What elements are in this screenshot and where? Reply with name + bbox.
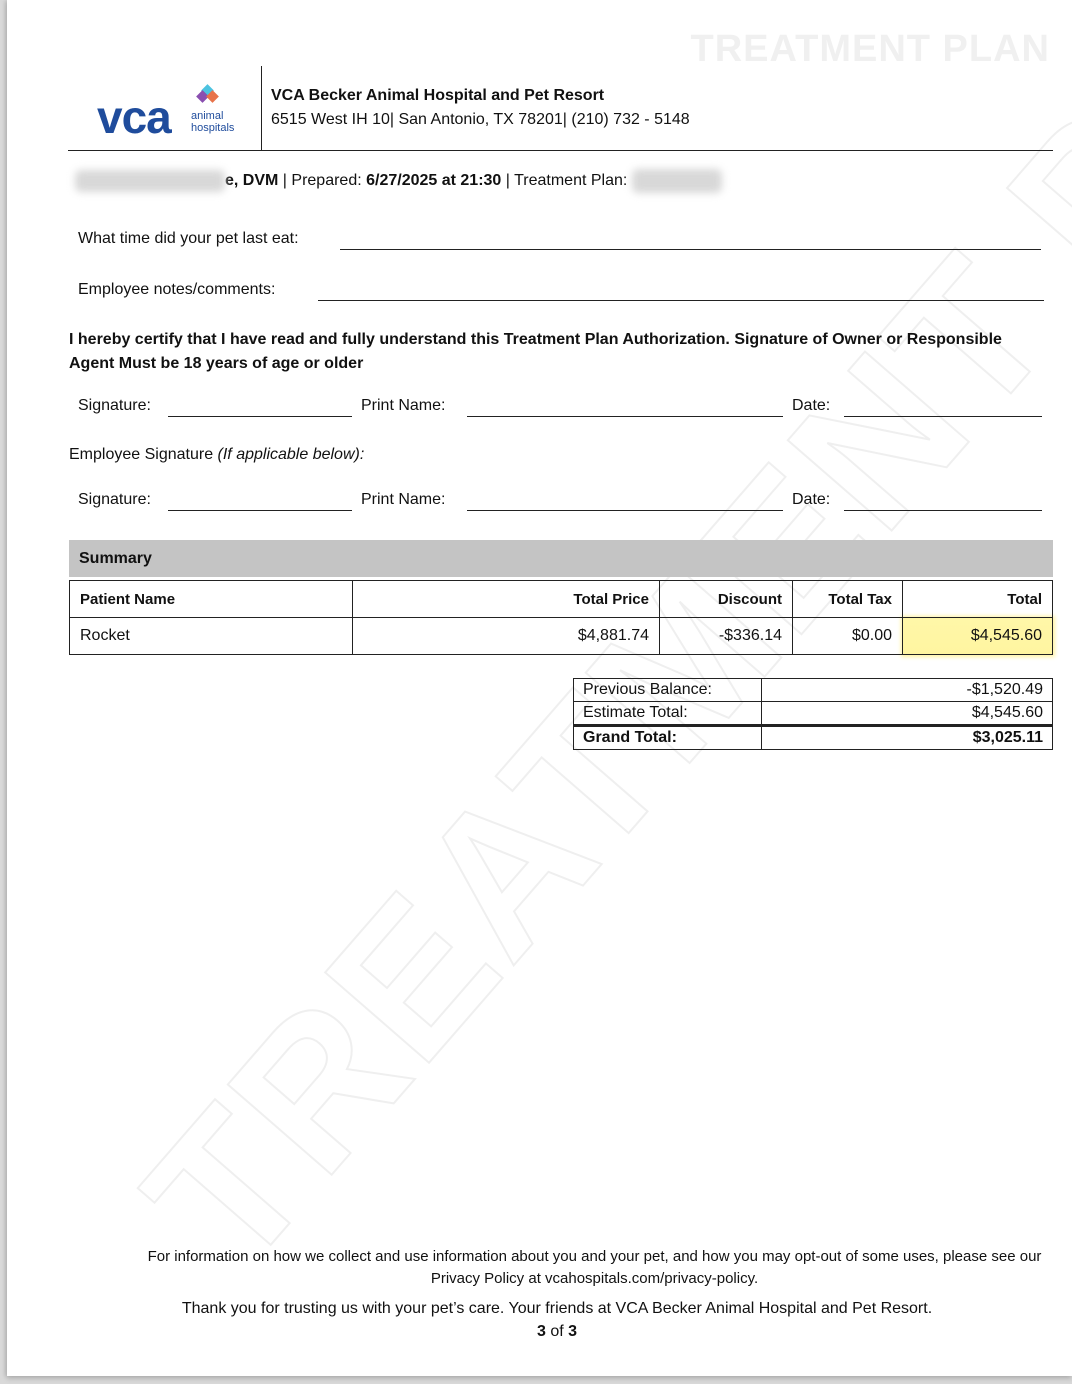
balance-table: Previous Balance: -$1,520.49 Estimate To… bbox=[573, 678, 1053, 750]
cell-discount: -$336.14 bbox=[660, 618, 793, 655]
notes-label: Employee notes/comments: bbox=[78, 281, 275, 299]
employee-signature-note: (If applicable below): bbox=[218, 446, 365, 463]
header-watermark: TREATMENT PLAN bbox=[691, 28, 1051, 71]
employee-signature-heading: Employee Signature (If applicable below)… bbox=[69, 446, 364, 464]
cell-patient: Rocket bbox=[70, 618, 353, 655]
logo-subtitle: animal hospitals bbox=[191, 110, 234, 134]
grand-total-label: Grand Total: bbox=[574, 726, 762, 750]
hospital-name: VCA Becker Animal Hospital and Pet Resor… bbox=[271, 87, 604, 105]
logo-subtitle-line2: hospitals bbox=[191, 122, 234, 134]
grand-total-value: $3,025.11 bbox=[762, 726, 1053, 750]
summary-title: Summary bbox=[79, 550, 152, 568]
summary-header: Summary bbox=[69, 540, 1053, 577]
thank-you-note: Thank you for trusting us with your pet’… bbox=[137, 1300, 977, 1318]
grand-total-row: Grand Total: $3,025.11 bbox=[574, 726, 1053, 750]
diagonal-watermark: TREATMENT PLAN bbox=[102, 0, 1072, 1311]
cell-total-tax: $0.00 bbox=[793, 618, 903, 655]
notes-field[interactable] bbox=[318, 300, 1044, 301]
logo-subtitle-line1: animal bbox=[191, 110, 223, 122]
privacy-notice: For information on how we collect and us… bbox=[127, 1246, 1062, 1290]
redacted-doctor-name bbox=[75, 170, 225, 192]
balance-value: -$1,520.49 bbox=[762, 679, 1053, 702]
balance-row: Estimate Total: $4,545.60 bbox=[574, 702, 1053, 726]
employee-date-field[interactable] bbox=[844, 510, 1042, 511]
owner-signature-field[interactable] bbox=[168, 416, 352, 417]
doctor-suffix: e, DVM bbox=[225, 172, 278, 189]
employee-signature-field[interactable] bbox=[168, 510, 352, 511]
last-eat-field[interactable] bbox=[340, 249, 1041, 250]
prepared-datetime: 6/27/2025 at 21:30 bbox=[366, 172, 501, 189]
prepared-label: | Prepared: bbox=[278, 172, 366, 189]
balance-value: $4,545.60 bbox=[762, 702, 1053, 726]
logo-wordmark: vca bbox=[97, 90, 171, 144]
cell-total-price: $4,881.74 bbox=[353, 618, 660, 655]
col-patient-name: Patient Name bbox=[70, 581, 353, 618]
page-current: 3 bbox=[537, 1323, 546, 1340]
redacted-plan-id bbox=[632, 169, 722, 193]
vca-logo: vca animal hospitals bbox=[97, 80, 252, 140]
page-number: 3 of 3 bbox=[7, 1323, 1072, 1341]
prepared-line: e, DVM | Prepared: 6/27/2025 at 21:30 | … bbox=[75, 169, 722, 193]
header-divider-vertical bbox=[261, 66, 262, 151]
balance-label: Previous Balance: bbox=[574, 679, 762, 702]
summary-table: Patient Name Total Price Discount Total … bbox=[69, 580, 1053, 655]
col-discount: Discount bbox=[660, 581, 793, 618]
treatment-plan-label: | Treatment Plan: bbox=[501, 172, 631, 189]
owner-signature-label: Signature: bbox=[78, 397, 151, 415]
certification-statement: I hereby certify that I have read and fu… bbox=[69, 328, 1029, 376]
owner-date-field[interactable] bbox=[844, 416, 1042, 417]
summary-header-row: Patient Name Total Price Discount Total … bbox=[70, 581, 1053, 618]
employee-signature-label-2: Signature: bbox=[78, 491, 151, 509]
page-total: 3 bbox=[568, 1323, 577, 1340]
table-row: Rocket $4,881.74 -$336.14 $0.00 $4,545.6… bbox=[70, 618, 1053, 655]
col-total-price: Total Price bbox=[353, 581, 660, 618]
hospital-address: 6515 West IH 10| San Antonio, TX 78201| … bbox=[271, 111, 690, 129]
owner-print-name-field[interactable] bbox=[467, 416, 783, 417]
cell-total-highlighted: $4,545.60 bbox=[903, 618, 1053, 655]
employee-print-name-field[interactable] bbox=[467, 510, 783, 511]
employee-date-label: Date: bbox=[792, 491, 830, 509]
owner-print-name-label: Print Name: bbox=[361, 397, 445, 415]
balance-row: Previous Balance: -$1,520.49 bbox=[574, 679, 1053, 702]
col-total: Total bbox=[903, 581, 1053, 618]
page-of: of bbox=[546, 1323, 568, 1340]
header-divider bbox=[68, 150, 1053, 151]
employee-signature-label: Employee Signature bbox=[69, 446, 218, 463]
last-eat-label: What time did your pet last eat: bbox=[78, 230, 299, 248]
employee-print-name-label: Print Name: bbox=[361, 491, 445, 509]
owner-date-label: Date: bbox=[792, 397, 830, 415]
balance-label: Estimate Total: bbox=[574, 702, 762, 726]
col-total-tax: Total Tax bbox=[793, 581, 903, 618]
document-page: TREATMENT PLAN TREATMENT PLAN vca animal… bbox=[7, 0, 1072, 1376]
